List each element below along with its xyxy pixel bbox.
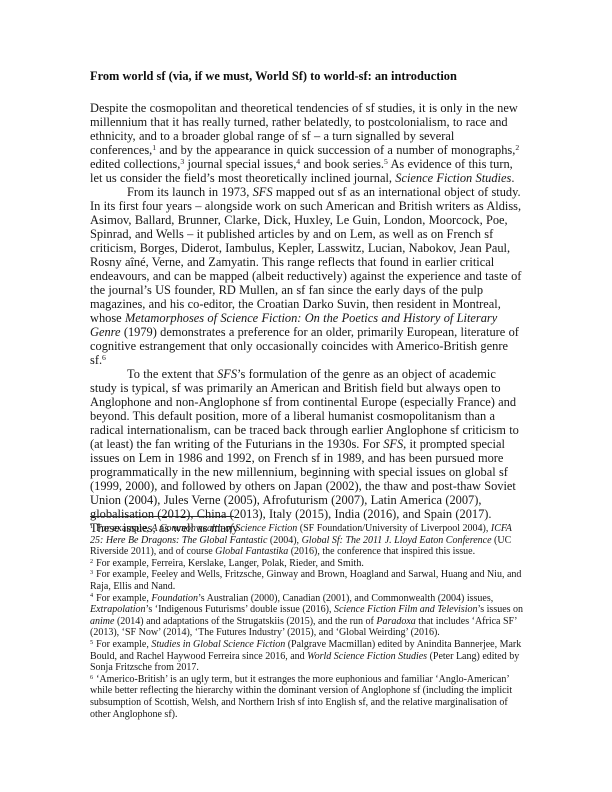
footnote-number-2: 2 — [90, 558, 93, 565]
footnote-6: 6‘Americo-British’ is an ugly term, but … — [90, 674, 524, 720]
footnote-1: 1For example, A Commonwealth of Science … — [90, 523, 524, 558]
footnote-number-5: 5 — [90, 639, 93, 646]
footnotes-section: 1For example, A Commonwealth of Science … — [90, 516, 524, 720]
footnote-text-3: For example, Feeley and Wells, Fritzsche… — [90, 569, 521, 592]
footnote-number-4: 4 — [90, 592, 93, 599]
page-title: From world sf (via, if we must, World Sf… — [90, 70, 523, 83]
footnote-number-1: 1 — [90, 523, 93, 530]
footnote-text-2: For example, Ferreira, Kerslake, Langer,… — [96, 558, 364, 569]
footnote-2: 2For example, Ferreira, Kerslake, Langer… — [90, 558, 524, 570]
paragraph-sfs-history: From its launch in 1973, SFS mapped out … — [90, 185, 523, 367]
footnote-number-3: 3 — [90, 569, 93, 576]
footnote-separator-rule — [90, 516, 234, 517]
document-page: From world sf (via, if we must, World Sf… — [0, 0, 612, 792]
footnote-text-6: ‘Americo-British’ is an ugly term, but i… — [90, 674, 512, 720]
footnote-5: 5For example, Studies in Global Science … — [90, 639, 524, 674]
footnote-text-4: For example, Foundation’s Australian (20… — [90, 593, 523, 639]
paragraph-sfs-formulation: To the extent that SFS’s formulation of … — [90, 367, 523, 535]
footnote-4: 4For example, Foundation’s Australian (2… — [90, 593, 524, 639]
paragraph-intro: Despite the cosmopolitan and theoretical… — [90, 101, 523, 185]
main-text-column: From world sf (via, if we must, World Sf… — [90, 70, 523, 535]
footnote-3: 3For example, Feeley and Wells, Fritzsch… — [90, 569, 524, 592]
footnote-text-1: For example, A Commonwealth of Science F… — [90, 523, 512, 557]
footnote-number-6: 6 — [90, 674, 93, 681]
footnote-text-5: For example, Studies in Global Science F… — [90, 639, 521, 673]
body-paragraphs: Despite the cosmopolitan and theoretical… — [90, 101, 523, 535]
